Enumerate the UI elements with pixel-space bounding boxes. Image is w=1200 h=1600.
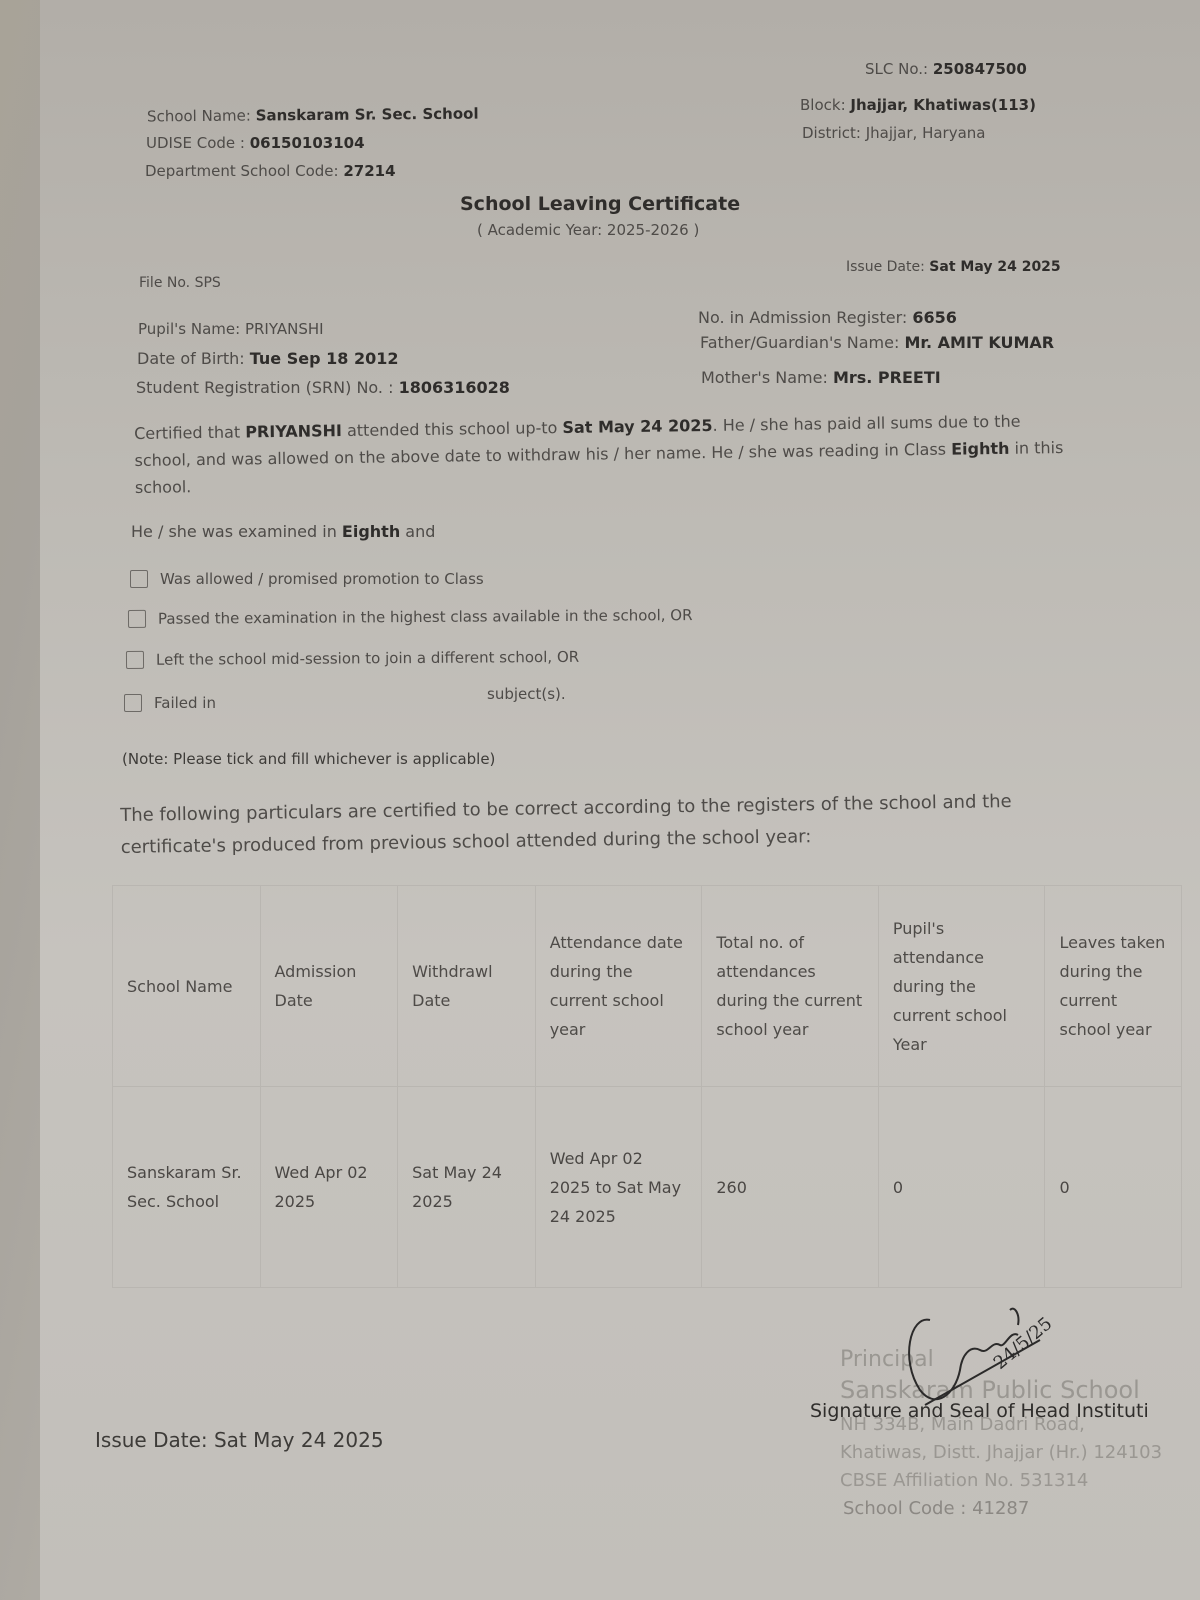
table-row: Sanskaram Sr. Sec. School Wed Apr 02 202…	[113, 1087, 1182, 1288]
mother-value: Mrs. PREETI	[833, 368, 941, 387]
header-admission-date: Admission Date	[260, 886, 398, 1087]
udise-value: 06150103104	[250, 134, 365, 152]
issue-date-top: Issue Date: Sat May 24 2025	[846, 259, 1061, 275]
checkbox[interactable]	[126, 651, 144, 669]
school-name: School Name: Sanskaram Sr. Sec. School	[147, 105, 479, 126]
udise-code: UDISE Code : 06150103104	[146, 134, 365, 152]
pupil-name-label: Pupil's Name:	[138, 320, 240, 338]
cert-text: Certified that	[134, 422, 245, 443]
header-leaves-taken: Leaves taken during the current school y…	[1045, 886, 1182, 1087]
seal-affiliation: CBSE Affiliation No. 531314	[840, 1466, 1088, 1496]
mother-label: Mother's Name:	[701, 368, 828, 387]
seal-school-code: School Code : 41287	[843, 1494, 1029, 1524]
slc-value: 250847500	[933, 60, 1027, 78]
dept-code-label: Department School Code:	[145, 162, 339, 180]
department-school-code: Department School Code: 27214	[145, 162, 396, 180]
father-name: Father/Guardian's Name: Mr. AMIT KUMAR	[700, 333, 1054, 352]
option-label: Was allowed / promised promotion to Clas…	[160, 570, 484, 588]
issue-date-value: Sat May 24 2025	[214, 1428, 384, 1452]
header-school-name: School Name	[113, 886, 261, 1087]
block-label: Block:	[800, 96, 846, 114]
admission-register-number: No. in Admission Register: 6656	[698, 308, 957, 327]
header-withdrawal-date: Withdrawl Date	[398, 886, 536, 1087]
option-label: Failed in	[154, 694, 216, 712]
cell-admission-date: Wed Apr 02 2025	[260, 1087, 398, 1288]
slc-label: SLC No.:	[865, 60, 928, 78]
block: Block: Jhajjar, Khatiwas(113)	[800, 96, 1036, 114]
option-failed[interactable]: Failed in	[124, 694, 216, 712]
option-left-mid-session[interactable]: Left the school mid-session to join a di…	[126, 648, 579, 669]
checkbox[interactable]	[130, 570, 148, 588]
certificate-title: School Leaving Certificate	[460, 193, 740, 215]
signature-label: Signature and Seal of Head Instituti	[810, 1400, 1149, 1422]
header-attendance-date: Attendance date during the current schoo…	[535, 886, 702, 1087]
academic-year: ( Academic Year: 2025-2026 )	[477, 221, 699, 239]
mother-name: Mother's Name: Mrs. PREETI	[701, 368, 941, 387]
table-header-row: School Name Admission Date Withdrawl Dat…	[113, 886, 1182, 1087]
failed-subjects-suffix: subject(s).	[487, 685, 566, 703]
pupil-name: Pupil's Name: PRIYANSHI	[138, 320, 324, 338]
district-label: District:	[802, 124, 861, 142]
file-no-value: SPS	[195, 275, 221, 291]
note: (Note: Please tick and fill whichever is…	[122, 750, 495, 768]
srn-number: Student Registration (SRN) No. : 1806316…	[136, 378, 510, 397]
examined-text: He / she was examined in	[131, 522, 342, 541]
srn-value: 1806316028	[399, 378, 510, 397]
header-total-attendances: Total no. of attendances during the curr…	[702, 886, 879, 1087]
issue-date-label: Issue Date:	[95, 1428, 208, 1452]
option-label: Left the school mid-session to join a di…	[156, 648, 579, 669]
school-name-value: Sanskaram Sr. Sec. School	[256, 105, 479, 125]
header-pupil-attendance: Pupil's attendance during the current sc…	[878, 886, 1045, 1087]
signature-block: Principal Sanskaram Public School NH 334…	[810, 1300, 1200, 1540]
date-of-birth: Date of Birth: Tue Sep 18 2012	[137, 349, 398, 368]
certification-paragraph: Certified that PRIYANSHI attended this s…	[134, 407, 1080, 501]
issue-date-value: Sat May 24 2025	[929, 259, 1060, 275]
dob-value: Tue Sep 18 2012	[250, 349, 399, 368]
district-value: Jhajjar, Haryana	[866, 124, 986, 142]
particulars-table: School Name Admission Date Withdrawl Dat…	[112, 885, 1182, 1288]
cert-pupil-name: PRIYANSHI	[245, 421, 342, 441]
checkbox[interactable]	[128, 610, 146, 628]
cell-total-attendances: 260	[702, 1087, 879, 1288]
cell-leaves-taken: 0	[1045, 1087, 1182, 1288]
file-no-label: File No.	[139, 275, 190, 291]
father-label: Father/Guardian's Name:	[700, 333, 899, 352]
pupil-name-value: PRIYANSHI	[245, 320, 324, 338]
cell-school-name: Sanskaram Sr. Sec. School	[113, 1087, 261, 1288]
srn-label: Student Registration (SRN) No. :	[136, 378, 394, 397]
admission-reg-label: No. in Admission Register:	[698, 308, 907, 327]
block-value: Jhajjar, Khatiwas(113)	[850, 96, 1036, 114]
seal-address-2: Khatiwas, Distt. Jhajjar (Hr.) 124103	[840, 1438, 1162, 1468]
district: District: Jhajjar, Haryana	[802, 124, 985, 142]
issue-date-bottom: Issue Date: Sat May 24 2025	[95, 1428, 384, 1452]
admission-reg-value: 6656	[912, 308, 957, 327]
dept-code-value: 27214	[343, 162, 395, 180]
cell-pupil-attendance: 0	[878, 1087, 1045, 1288]
cell-attendance-date: Wed Apr 02 2025 to Sat May 24 2025	[535, 1087, 702, 1288]
father-value: Mr. AMIT KUMAR	[904, 333, 1054, 352]
examined-text: and	[400, 522, 435, 541]
file-number: File No. SPS	[139, 275, 221, 291]
checkbox[interactable]	[124, 694, 142, 712]
cert-text: attended this school up-to	[342, 418, 563, 440]
option-label: Passed the examination in the highest cl…	[158, 606, 693, 628]
examined-statement: He / she was examined in Eighth and	[131, 522, 435, 541]
slc-number: SLC No.: 250847500	[865, 60, 1027, 78]
examined-class: Eighth	[342, 522, 400, 541]
issue-date-label: Issue Date:	[846, 259, 925, 275]
svg-text:24/5/25: 24/5/25	[990, 1313, 1057, 1374]
dob-label: Date of Birth:	[137, 349, 245, 368]
option-promotion[interactable]: Was allowed / promised promotion to Clas…	[130, 570, 484, 588]
school-name-label: School Name:	[147, 107, 251, 126]
udise-label: UDISE Code :	[146, 134, 245, 152]
cert-date: Sat May 24 2025	[562, 416, 712, 437]
cert-class: Eighth	[951, 439, 1010, 459]
cell-withdrawal-date: Sat May 24 2025	[398, 1087, 536, 1288]
